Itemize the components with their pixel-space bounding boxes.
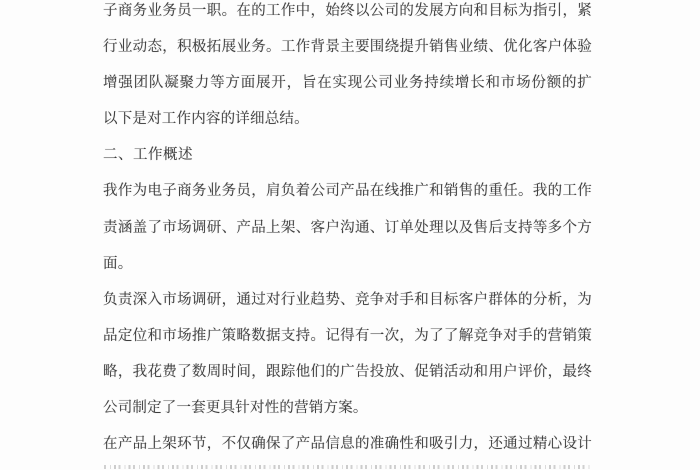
text-line: 负责深入市场调研，通过对行业趋势、竞争对手和目标客户群体的分析，为产 xyxy=(103,282,592,318)
text-line: 子商务业务员一职。在的工作中，始终以公司的发展方向和目标为指引，紧跟 xyxy=(103,0,592,29)
document-page: 子商务业务员一职。在的工作中，始终以公司的发展方向和目标为指引，紧跟 行业动态，… xyxy=(0,0,700,470)
text-line: 略，我花费了数周时间，跟踪他们的广告投放、促销活动和用户评价，最终为 xyxy=(103,354,592,390)
section-heading: 二、工作概述 xyxy=(103,137,592,173)
text-line: 责涵盖了市场调研、产品上架、客户沟通、订单处理以及售后支持等多个方 xyxy=(103,210,592,246)
text-line: 公司制定了一套更具针对性的营销方案。 xyxy=(103,390,592,426)
clipped-text-line xyxy=(104,465,591,469)
text-line: 以下是对工作内容的详细总结。 xyxy=(103,101,592,137)
document-body: 子商务业务员一职。在的工作中，始终以公司的发展方向和目标为指引，紧跟 行业动态，… xyxy=(103,0,592,462)
text-line: 行业动态，积极拓展业务。工作背景主要围绕提升销售业绩、优化客户体验和 xyxy=(103,29,592,65)
text-line: 品定位和市场推广策略数据支持。记得有一次，为了了解竞争对手的营销策 xyxy=(103,318,592,354)
text-line: 在产品上架环节，不仅确保了产品信息的准确性和吸引力，还通过精心设计的 xyxy=(103,426,592,462)
text-line: 我作为电子商务业务员，肩负着公司产品在线推广和销售的重任。我的工作职 xyxy=(103,173,592,209)
text-line: 增强团队凝聚力等方面展开，旨在实现公司业务持续增长和市场份额的扩大。 xyxy=(103,65,592,101)
text-line: 面。 xyxy=(103,246,592,282)
